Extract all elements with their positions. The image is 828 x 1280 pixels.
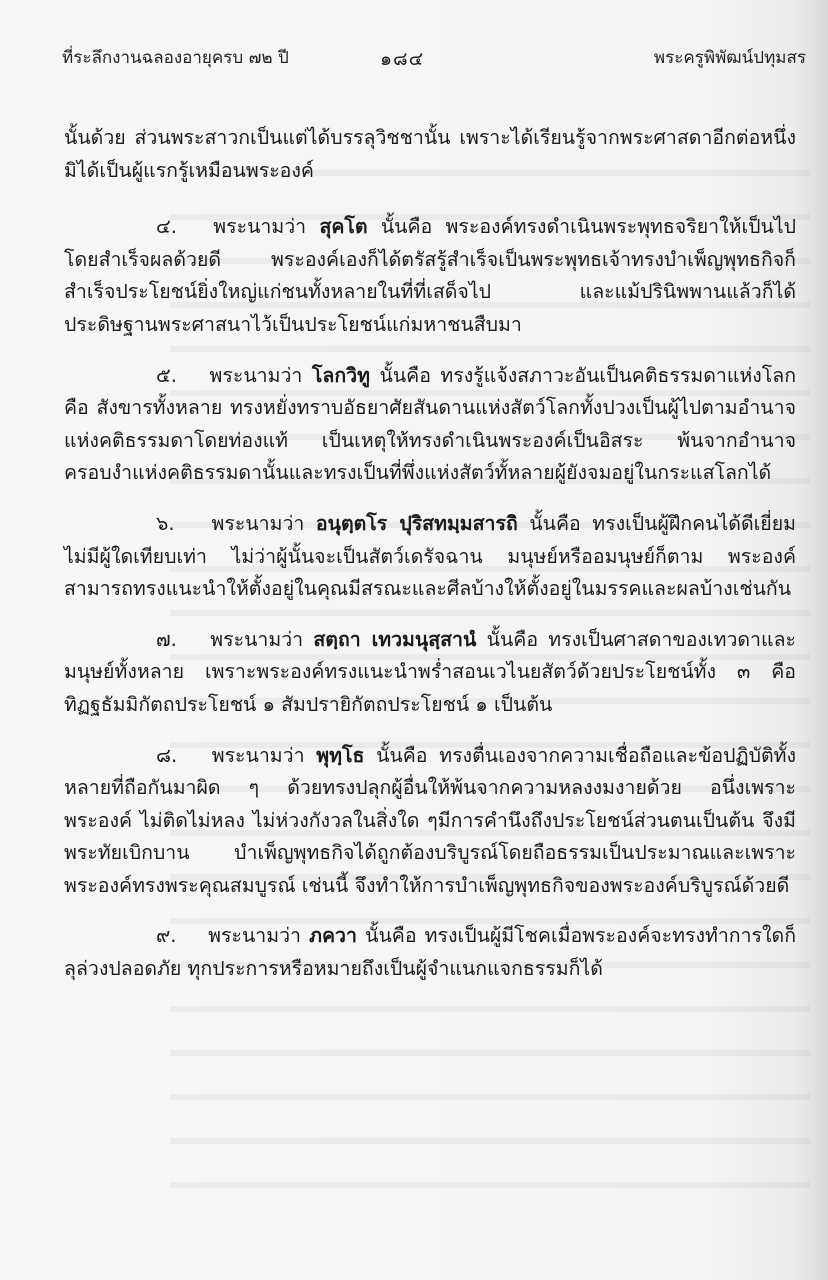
paragraph-item-5: ๕. พระนามว่า โลกวิทู นั้นคือ ทรงรู้แจ้งส…: [64, 360, 796, 490]
running-header: ที่ระลึกงานฉลองอายุครบ ๗๒ ปี ๑๘๔ พระครูพ…: [62, 44, 806, 74]
page-body: นั้นด้วย ส่วนพระสาวกเป็นแต่ได้บรรลุวิชชา…: [64, 122, 796, 986]
item-number: ๔.: [156, 211, 200, 244]
paragraph-item-9: ๙. พระนามว่า ภควา นั้นคือ ทรงเป็นผู้มีโช…: [64, 920, 796, 985]
header-book-title: ที่ระลึกงานฉลองอายุครบ ๗๒ ปี: [62, 44, 289, 71]
paragraph-item-6: ๖. พระนามว่า อนุตฺตโร ปุริสทมฺมสารถิ นั้…: [64, 508, 796, 606]
book-page: ที่ระลึกงานฉลองอายุครบ ๗๒ ปี ๑๘๔ พระครูพ…: [0, 0, 828, 1280]
item-term: สตฺถา เทวมนุสฺสานํ: [313, 628, 476, 651]
item-term: พุทฺโธ: [316, 744, 364, 767]
item-term: สุคโต: [319, 215, 367, 238]
item-term: อนุตฺตโร ปุริสทมฺมสารถิ: [316, 512, 518, 535]
item-prefix: พระนามว่า: [208, 924, 301, 947]
paragraph-item-8: ๘. พระนามว่า พุทฺโธ นั้นคือ ทรงตื่นเองจา…: [64, 740, 796, 903]
header-author: พระครูพิพัฒน์ปทุมสร: [654, 44, 806, 71]
item-number: ๘.: [156, 740, 200, 773]
item-prefix: พระนามว่า: [213, 215, 306, 238]
item-number: ๖.: [156, 508, 200, 541]
item-term: โลกวิทู: [312, 364, 370, 387]
page-number: ๑๘๔: [380, 44, 424, 74]
paragraph-continuation: นั้นด้วย ส่วนพระสาวกเป็นแต่ได้บรรลุวิชชา…: [64, 122, 796, 187]
item-prefix: พระนามว่า: [212, 744, 305, 767]
paragraph-text: นั้นด้วย ส่วนพระสาวกเป็นแต่ได้บรรลุวิชชา…: [64, 126, 796, 182]
item-number: ๙.: [156, 920, 200, 953]
paragraph-item-4: ๔. พระนามว่า สุคโต นั้นคือ พระองค์ทรงดำเ…: [64, 211, 796, 341]
paragraph-item-7: ๗. พระนามว่า สตฺถา เทวมนุสฺสานํ นั้นคือ …: [64, 624, 796, 722]
item-term: ภควา: [309, 924, 357, 947]
item-number: ๕.: [156, 360, 200, 393]
item-prefix: พระนามว่า: [210, 628, 303, 651]
item-number: ๗.: [156, 624, 200, 657]
item-prefix: พระนามว่า: [212, 512, 305, 535]
item-prefix: พระนามว่า: [210, 364, 303, 387]
